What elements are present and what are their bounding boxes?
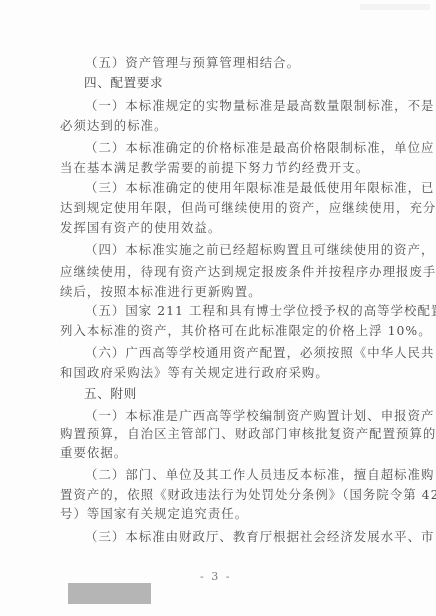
paragraph-line: （五）国家 211 工程和具有博士学位授予权的高等学校配置 [85, 303, 382, 319]
paragraph-line: （三）本标准由财政厅、教育厅根据社会经济发展水平、市 [85, 529, 382, 545]
paragraph-line: 列入本标准的资产，其价格可在此标准限定的价格上浮 10%。 [60, 323, 432, 339]
paragraph-line: 续后，按照本标准进行更新购置。 [60, 284, 262, 300]
paragraph-line: （一）本标准规定的实物量标准是最高数量限制标准，不是 [85, 98, 382, 114]
paragraph-line: 必须达到的标准。 [60, 118, 168, 134]
paragraph-line: 置资产的，依照《财政违法行为处罚处分条例》（国务院令第 427 [60, 487, 382, 503]
page-number: - 3 - [200, 570, 231, 583]
paragraph-line: 购置预算，自治区主管部门、财政部门审核批复资产配置预算的 [60, 426, 382, 442]
paragraph-line: 号）等国家有关规定追究责任。 [60, 506, 248, 522]
paragraph-line: （二）本标准确定的价格标准是最高价格限制标准，单位应 [85, 140, 382, 156]
paragraph-line: 重要依据。 [60, 445, 127, 461]
paragraph-line: 应继续使用，待现有资产达到规定报废条件并按程序办理报废手 [60, 264, 382, 280]
paragraph-line: （五）资产管理与预算管理相结合。 [85, 55, 300, 71]
section-heading-appendix: 五、附则 [84, 386, 137, 402]
paragraph-line: （六）广西高等学校通用资产配置，必须按照《中华人民共 [85, 345, 382, 361]
paragraph-line: 和国政府采购法》等有关规定进行政府采购。 [60, 365, 329, 381]
paragraph-line: （四）本标准实施之前已经超标购置且可继续使用的资产， [85, 242, 382, 258]
document-page: （五）资产管理与预算管理相结合。 四、配置要求 （一）本标准规定的实物量标准是最… [0, 0, 436, 616]
redaction-box [68, 583, 151, 604]
paragraph-line: 发挥国有资产的使用效益。 [60, 220, 221, 236]
bleed-through-mark [360, 4, 430, 10]
paragraph-line: （三）本标准确定的使用年限标准是最低使用年限标准，已 [85, 180, 382, 196]
section-heading-configuration: 四、配置要求 [84, 75, 163, 91]
paragraph-line: （二）部门、单位及其工作人员违反本标准，擅自超标准购 [85, 467, 382, 483]
paragraph-line: 当在基本满足教学需要的前提下努力节约经费开支。 [60, 160, 369, 176]
paragraph-line: （一）本标准是广西高等学校编制资产购置计划、申报资产 [85, 408, 382, 424]
paragraph-line: 达到规定使用年限，但尚可继续使用的资产，应继续使用，充分 [60, 200, 382, 216]
